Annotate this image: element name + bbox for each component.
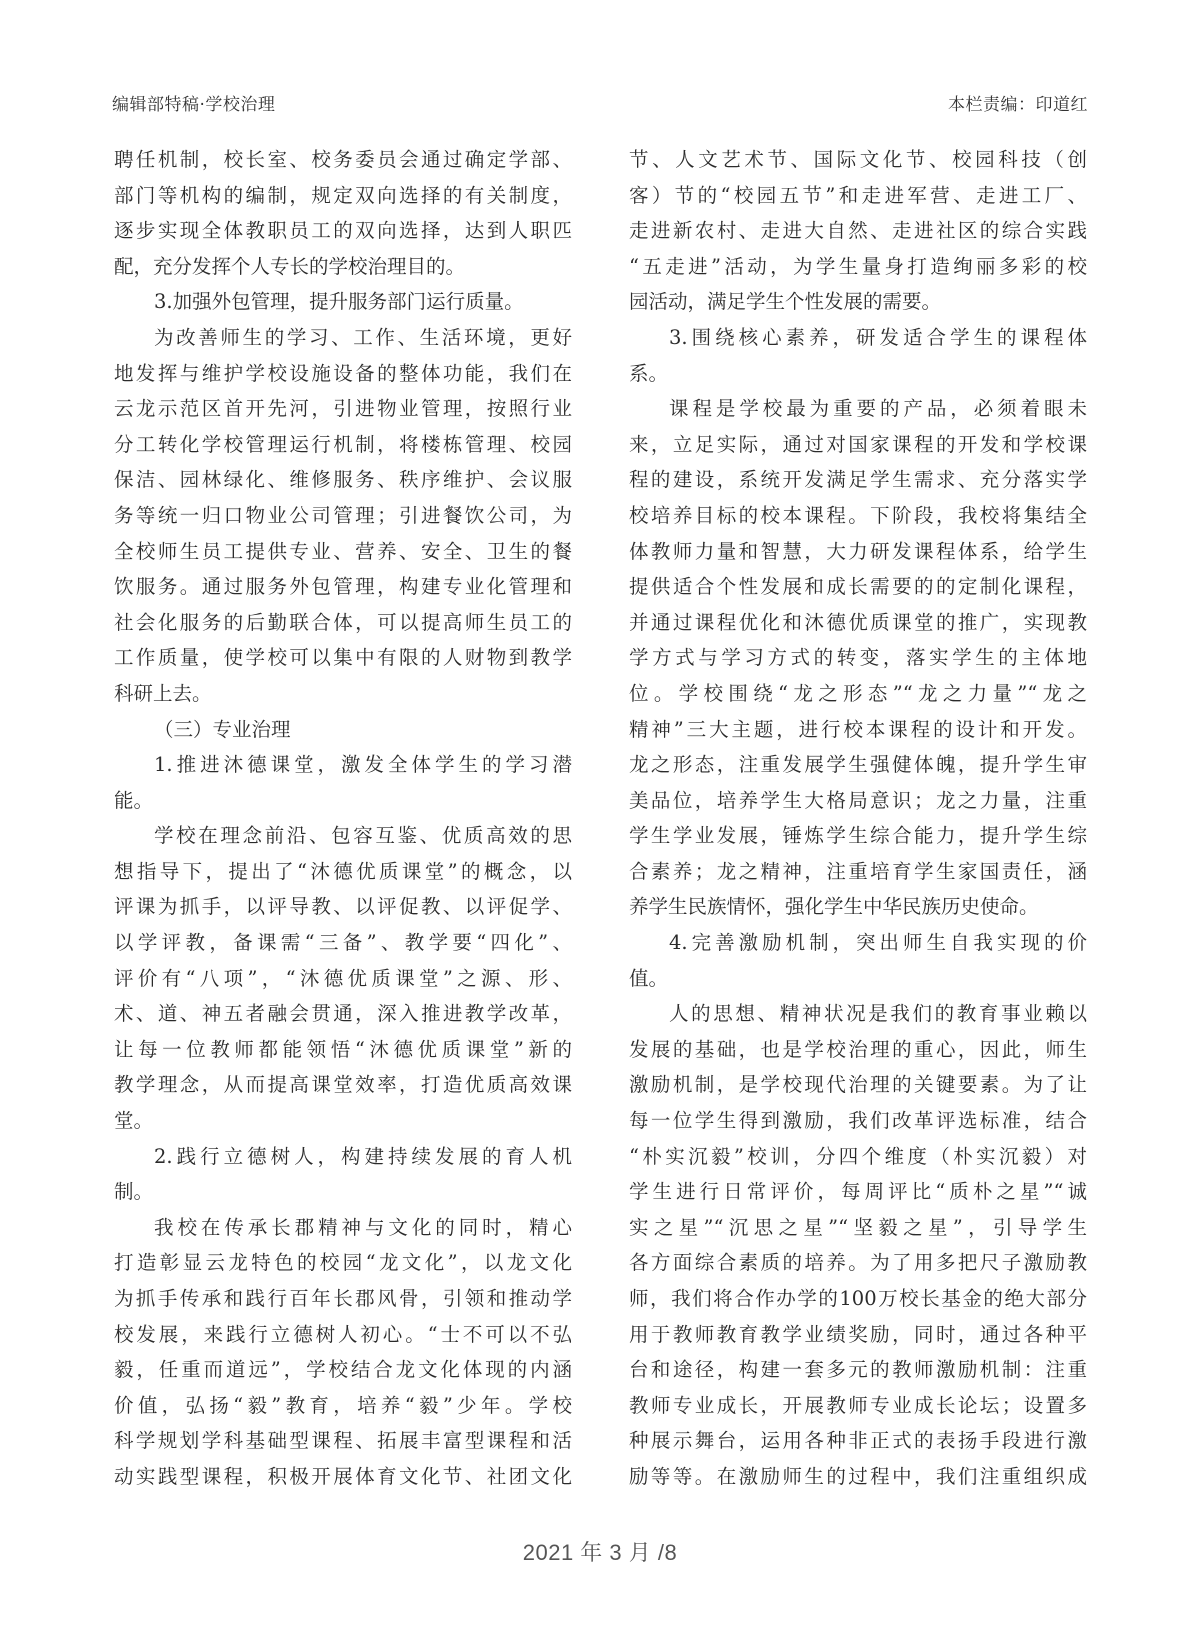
text-line: 人的思想、精神状况是我们的教育事业赖以	[629, 996, 1087, 1032]
text-line: “朴实沉毅”校训，分四个维度（朴实沉毅）对	[629, 1139, 1087, 1175]
text-line: 3.加强外包管理，提升服务部门运行质量。	[114, 284, 572, 320]
text-line: 价值，弘扬“毅”教育，培养“毅”少年。学校	[114, 1388, 572, 1424]
text-line: 毅，任重而道远”，学校结合龙文化体现的内涵	[114, 1352, 572, 1388]
text-line: 配，充分发挥个人专长的学校治理目的。	[114, 249, 572, 285]
text-line: 来，立足实际，通过对国家课程的开发和学校课	[629, 427, 1087, 463]
text-line: 学生学业发展，锤炼学生综合能力，提升学生综	[629, 818, 1087, 854]
text-line: 龙之形态，注重发展学生强健体魄，提升学生审	[629, 747, 1087, 783]
text-line: 励等等。在激励师生的过程中，我们注重组织成	[629, 1459, 1087, 1495]
text-line: 全校师生员工提供专业、营养、安全、卫生的餐	[114, 534, 572, 570]
text-line: 合素养；龙之精神，注重培育学生家国责任，涵	[629, 854, 1087, 890]
text-line: 聘任机制，校长室、校务委员会通过确定学部、	[114, 142, 572, 178]
text-line: “五走进”活动，为学生量身打造绚丽多彩的校	[629, 249, 1087, 285]
text-line: 饮服务。通过服务外包管理，构建专业化管理和	[114, 569, 572, 605]
text-line: 让每一位教师都能领悟“沐德优质课堂”新的	[114, 1032, 572, 1068]
text-line: 逐步实现全体教职员工的双向选择，达到人职匹	[114, 213, 572, 249]
text-line: 分工转化学校管理运行机制，将楼栋管理、校园	[114, 427, 572, 463]
text-line: 实之星”“沉思之星”“坚毅之星”，引导学生	[629, 1210, 1087, 1246]
text-line: 2.践行立德树人，构建持续发展的育人机	[114, 1139, 572, 1175]
text-line: 想指导下，提出了“沐德优质课堂”的概念，以	[114, 854, 572, 890]
text-line: 务等统一归口物业公司管理；引进餐饮公司，为	[114, 498, 572, 534]
right-column: 节、人文艺术节、国际文化节、校园科技（创客）节的“校园五节”和走进军营、走进工厂…	[629, 142, 1087, 1495]
page-header: 编辑部特稿·学校治理 本栏责编：印道红	[112, 90, 1088, 120]
text-line: 能。	[114, 783, 572, 819]
text-line: 激励机制，是学校现代治理的关键要素。为了让	[629, 1067, 1087, 1103]
text-line: 养学生民族情怀，强化学生中华民族历史使命。	[629, 889, 1087, 925]
text-line: 发展的基础，也是学校治理的重心，因此，师生	[629, 1032, 1087, 1068]
text-line: 每一位学生得到激励，我们改革评选标准，结合	[629, 1103, 1087, 1139]
text-line: 3.围绕核心素养，研发适合学生的课程体	[629, 320, 1087, 356]
text-line: 位。学校围绕“龙之形态”“龙之力量”“龙之	[629, 676, 1087, 712]
text-line: 以学评教，备课需“三备”、教学要“四化”、	[114, 925, 572, 961]
text-line: 社会化服务的后勤联合体，可以提高师生员工的	[114, 605, 572, 641]
text-line: 1.推进沐德课堂，激发全体学生的学习潜	[114, 747, 572, 783]
text-line: 堂。	[114, 1103, 572, 1139]
text-line: 评价有“八项”，“沐德优质课堂”之源、形、	[114, 961, 572, 997]
column-editor: 本栏责编：印道红	[948, 90, 1088, 115]
text-line: 客）节的“校园五节”和走进军营、走进工厂、	[629, 178, 1087, 214]
text-line: 教师专业成长，开展教师专业成长论坛；设置多	[629, 1388, 1087, 1424]
text-line: 用于教师教育教学业绩奖励，同时，通过各种平	[629, 1317, 1087, 1353]
text-line: 保洁、园林绿化、维修服务、秩序维护、会议服	[114, 462, 572, 498]
text-line: 打造彰显云龙特色的校园“龙文化”，以龙文化	[114, 1245, 572, 1281]
text-line: 为抓手传承和践行百年长郡风骨，引领和推动学	[114, 1281, 572, 1317]
text-line: 台和途径，构建一套多元的教师激励机制：注重	[629, 1352, 1087, 1388]
text-line: 体教师力量和智慧，大力研发课程体系，给学生	[629, 534, 1087, 570]
text-line: 园活动，满足学生个性发展的需要。	[629, 284, 1087, 320]
text-line: 提供适合个性发展和成长需要的的定制化课程，	[629, 569, 1087, 605]
text-line: （三）专业治理	[114, 712, 572, 748]
text-line: 程的建设，系统开发满足学生需求、充分落实学	[629, 462, 1087, 498]
text-line: 我校在传承长郡精神与文化的同时，精心	[114, 1210, 572, 1246]
page-footer: 2021 年 3 月 /8	[0, 1536, 1200, 1567]
text-line: 精神”三大主题，进行校本课程的设计和开发。	[629, 712, 1087, 748]
text-line: 各方面综合素质的培养。为了用多把尺子激励教	[629, 1245, 1087, 1281]
text-line: 并通过课程优化和沐德优质课堂的推广，实现教	[629, 605, 1087, 641]
text-line: 部门等机构的编制，规定双向选择的有关制度，	[114, 178, 572, 214]
text-line: 学方式与学习方式的转变，落实学生的主体地	[629, 640, 1087, 676]
text-line: 校发展，来践行立德树人初心。“士不可以不弘	[114, 1317, 572, 1353]
text-line: 节、人文艺术节、国际文化节、校园科技（创	[629, 142, 1087, 178]
text-line: 动实践型课程，积极开展体育文化节、社团文化	[114, 1459, 572, 1495]
text-line: 学生进行日常评价，每周评比“质朴之星”“诚	[629, 1174, 1087, 1210]
text-line: 为改善师生的学习、工作、生活环境，更好	[114, 320, 572, 356]
text-line: 课程是学校最为重要的产品，必须着眼未	[629, 391, 1087, 427]
left-column: 聘任机制，校长室、校务委员会通过确定学部、部门等机构的编制，规定双向选择的有关制…	[114, 142, 572, 1495]
text-line: 系。	[629, 356, 1087, 392]
text-line: 美品位，培养学生大格局意识；龙之力量，注重	[629, 783, 1087, 819]
text-line: 术、道、神五者融会贯通，深入推进教学改革，	[114, 996, 572, 1032]
text-line: 教学理念，从而提高课堂效率，打造优质高效课	[114, 1067, 572, 1103]
text-line: 4.完善激励机制，突出师生自我实现的价	[629, 925, 1087, 961]
text-line: 师，我们将合作办学的100万校长基金的绝大部分	[629, 1281, 1087, 1317]
text-line: 走进新农村、走进大自然、走进社区的综合实践	[629, 213, 1087, 249]
text-line: 云龙示范区首开先河，引进物业管理，按照行业	[114, 391, 572, 427]
text-line: 制。	[114, 1174, 572, 1210]
text-line: 地发挥与维护学校设施设备的整体功能，我们在	[114, 356, 572, 392]
text-line: 学校在理念前沿、包容互鉴、优质高效的思	[114, 818, 572, 854]
text-line: 值。	[629, 961, 1087, 997]
text-line: 科研上去。	[114, 676, 572, 712]
text-line: 工作质量，使学校可以集中有限的人财物到教学	[114, 640, 572, 676]
text-line: 评课为抓手，以评导教、以评促教、以评促学、	[114, 889, 572, 925]
text-line: 种展示舞台，运用各种非正式的表扬手段进行激	[629, 1423, 1087, 1459]
text-line: 校培养目标的校本课程。下阶段，我校将集结全	[629, 498, 1087, 534]
text-line: 科学规划学科基础型课程、拓展丰富型课程和活	[114, 1423, 572, 1459]
section-title: 编辑部特稿·学校治理	[112, 90, 275, 115]
